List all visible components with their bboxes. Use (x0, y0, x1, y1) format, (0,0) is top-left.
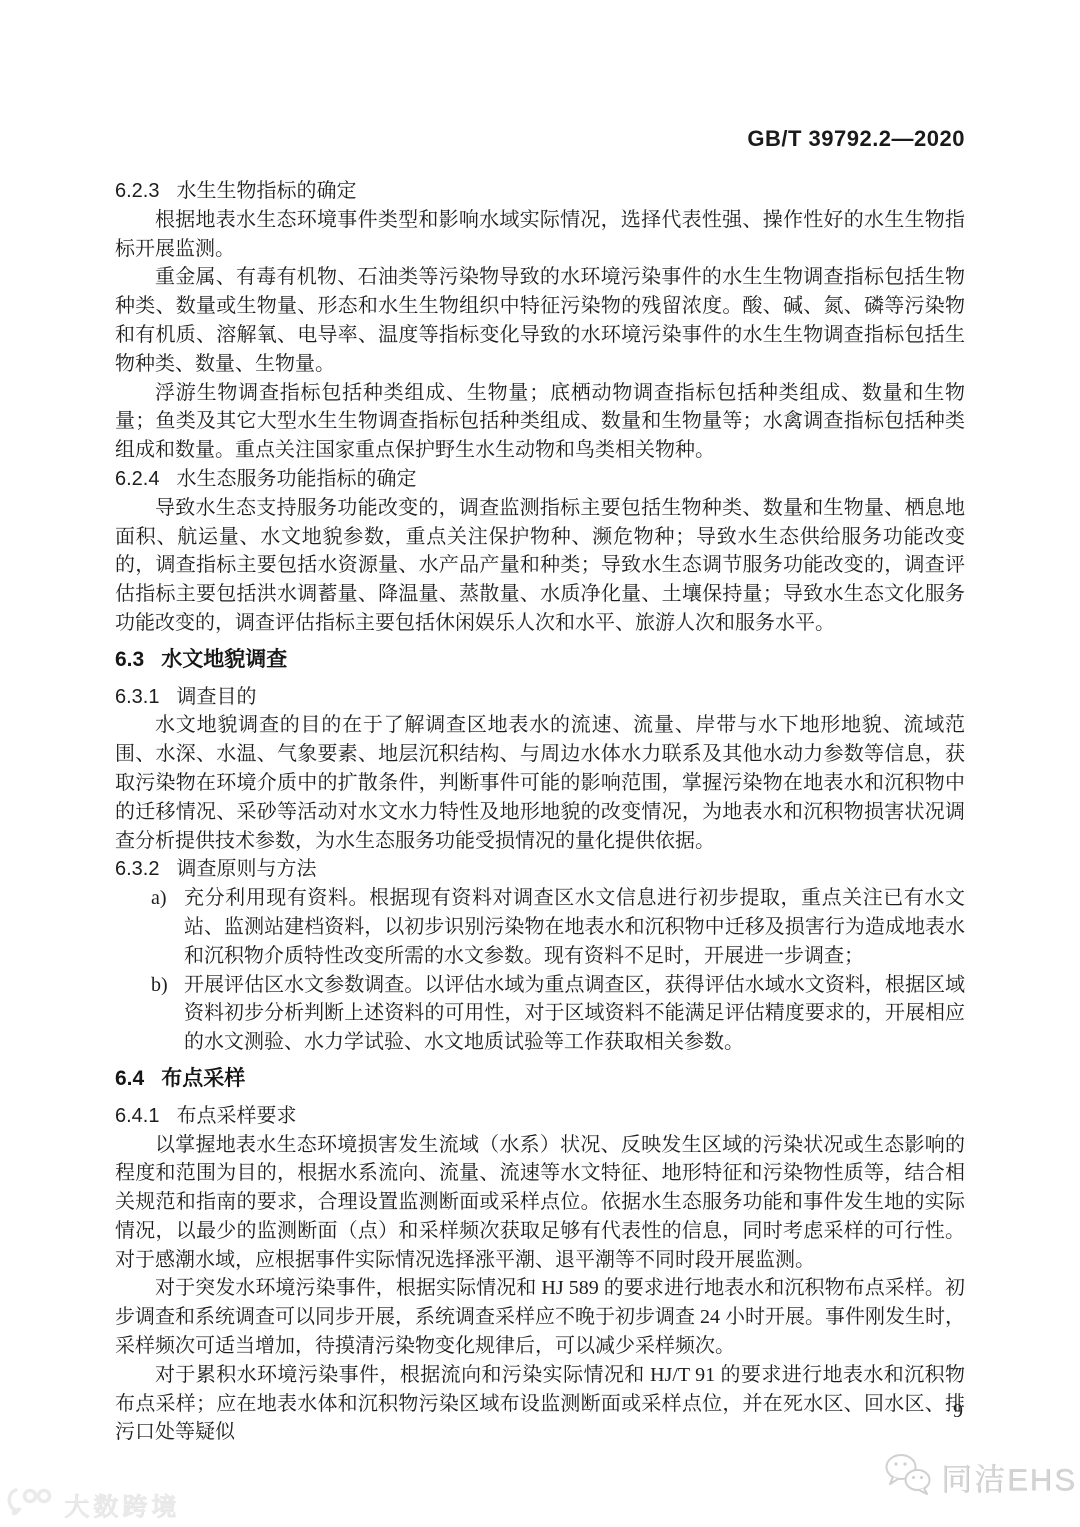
clause-heading-6.4.1: 6.4.1布点采样要求 (115, 1102, 965, 1131)
body-paragraph: 对于累积水环境污染事件，根据流向和污染实际情况和 HJ/T 91 的要求进行地表… (115, 1361, 965, 1447)
body-paragraph: 对于突发水环境污染事件，根据实际情况和 HJ 589 的要求进行地表水和沉积物布… (115, 1274, 965, 1360)
list-marker: a) (151, 884, 184, 970)
watermark-tongjie-text: 同洁EHS (941, 1454, 1077, 1499)
clause-title: 调查目的 (176, 686, 256, 708)
page-number: 9 (953, 1400, 963, 1423)
clause-heading-6.2.3: 6.2.3水生生物指标的确定 (115, 177, 965, 206)
clause-title: 布点采样 (161, 1067, 245, 1090)
clause-number: 6.3.1 (115, 683, 159, 712)
watermark-dashu-text: 大数跨境 (64, 1487, 180, 1523)
standard-code-header: GB/T 39792.2—2020 (747, 126, 965, 152)
body-paragraph: 浮游生物调查指标包括种类组成、生物量；底栖动物调查指标包括种类组成、数量和生物量… (115, 379, 965, 465)
watermark-tongjie-ehs: 同洁EHS (884, 1452, 1077, 1501)
clause-title: 布点采样要求 (176, 1105, 296, 1127)
body-paragraph: 重金属、有毒有机物、石油类等污染物导致的水环境污染事件的水生生物调查指标包括生物… (115, 263, 965, 378)
list-item-a: a)充分利用现有资料。根据现有资料对调查区水文信息进行初步提取，重点关注已有水文… (115, 884, 965, 970)
watermark-dashu: 大数跨境 (6, 1484, 180, 1525)
clause-heading-6.3.1: 6.3.1调查目的 (115, 683, 965, 712)
clause-heading-6.3.2: 6.3.2调查原则与方法 (115, 855, 965, 884)
dashu-100-logo-icon (6, 1484, 58, 1525)
list-text: 充分利用现有资料。根据现有资料对调查区水文信息进行初步提取，重点关注已有水文站、… (184, 884, 965, 970)
body-paragraph: 水文地貌调查的目的在于了解调查区地表水的流速、流量、岸带与水下地形地貌、流域范围… (115, 711, 965, 855)
clause-heading-6.4: 6.4布点采样 (115, 1065, 965, 1094)
clause-title: 水生态服务功能指标的确定 (176, 468, 416, 490)
clause-number: 6.4.1 (115, 1102, 159, 1131)
document-page: GB/T 39792.2—2020 6.2.3水生生物指标的确定根据地表水生态环… (0, 0, 1080, 1527)
document-content: 6.2.3水生生物指标的确定根据地表水生态环境事件类型和影响水域实际情况，选择代… (115, 177, 965, 1447)
clause-number: 6.4 (115, 1065, 144, 1094)
list-text: 开展评估区水文参数调查。以评估水域为重点调查区，获得评估水域水文资料，根据区域资… (184, 971, 965, 1057)
clause-number: 6.2.4 (115, 465, 159, 494)
list-item-b: b)开展评估区水文参数调查。以评估水域为重点调查区，获得评估水域水文资料，根据区… (115, 971, 965, 1057)
clause-title: 调查原则与方法 (176, 858, 316, 880)
clause-number: 6.2.3 (115, 177, 159, 206)
clause-title: 水生生物指标的确定 (176, 180, 356, 202)
body-paragraph: 导致水生态支持服务功能改变的，调查监测指标主要包括生物种类、数量和生物量、栖息地… (115, 494, 965, 638)
clause-heading-6.3: 6.3水文地貌调查 (115, 646, 965, 675)
clause-heading-6.2.4: 6.2.4水生态服务功能指标的确定 (115, 465, 965, 494)
clause-number: 6.3 (115, 646, 144, 675)
clause-title: 水文地貌调查 (161, 648, 287, 671)
body-paragraph: 以掌握地表水生态环境损害发生流域（水系）状况、反映发生区域的污染状况或生态影响的… (115, 1131, 965, 1275)
clause-number: 6.3.2 (115, 855, 159, 884)
body-paragraph: 根据地表水生态环境事件类型和影响水域实际情况，选择代表性强、操作性好的水生生物指… (115, 206, 965, 264)
wechat-icon (884, 1452, 934, 1501)
list-marker: b) (151, 971, 184, 1057)
